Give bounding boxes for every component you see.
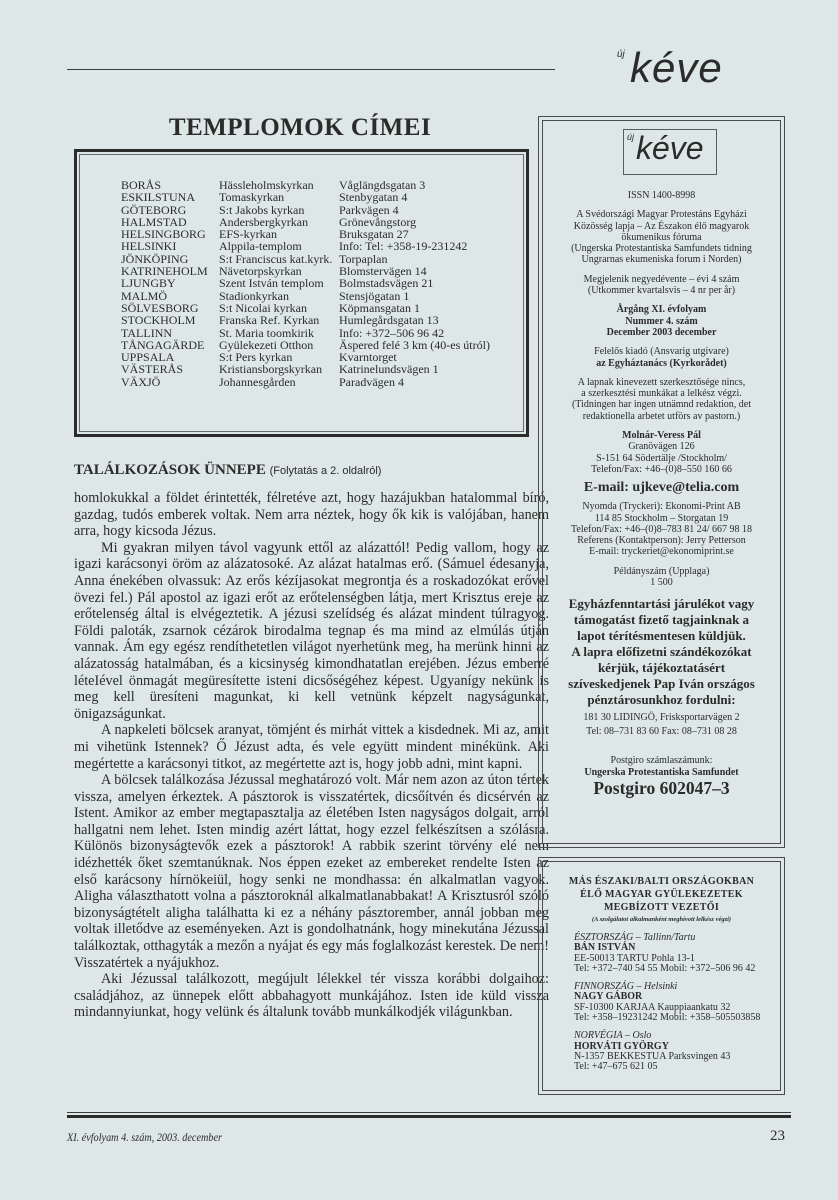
article-paragraph: A bölcsek találkozása Jézussal meghatáro… <box>74 772 549 971</box>
church-name: St. Maria toomkirik <box>219 327 339 339</box>
church-city: VÄSTERÅS <box>121 363 219 375</box>
editorial-line: redaktionella arbetet utförs av pastorn.… <box>545 411 778 422</box>
churches-table: BORÅSHässleholmskyrkanVåglängdsgatan 3ES… <box>121 179 490 388</box>
masthead-content: ISSN 1400-8998 A Svédországi Magyar Prot… <box>545 190 778 798</box>
article-paragraph: homlokukkal a földet érintették, félreté… <box>74 490 549 540</box>
notice-line: támogatást fizető tagjainknak a <box>545 612 778 628</box>
notice-line: Egyházfenntartási járulékot vagy <box>545 596 778 612</box>
contact-line: Granövägen 126 <box>545 441 778 452</box>
church-city: ESKILSTUNA <box>121 191 219 203</box>
church-address: Paradvägen 4 <box>339 376 490 388</box>
notice-line: pénztárosunkhoz fordulni: <box>545 692 778 708</box>
leader-item: NORVÉGIA – Oslo HORVÁTI GYÖRGY N-1357 BE… <box>574 1031 784 1072</box>
editorial-line: A lapnak kinevezett szerkesztősége nincs… <box>545 377 778 388</box>
churches-title: TEMPLOMOK CÍMEI <box>70 114 530 142</box>
church-name: Franska Ref. Kyrkan <box>219 314 339 326</box>
footer-issue: XI. évfolyam 4. szám, 2003. december <box>67 1130 222 1145</box>
leaders-title-line: MEGBÍZOTT VEZETŐI <box>545 901 778 914</box>
masthead-logo-main: kéve <box>636 130 704 167</box>
masthead-logo: új kéve <box>623 129 717 175</box>
church-address: Info: +372–506 96 42 <box>339 327 490 339</box>
leaders-note: (A szolgálatot alkalmanként meghívott le… <box>545 915 778 924</box>
publisher: az Egyháztanács (Kyrkorådet) <box>545 358 778 369</box>
church-city: VÄXJÖ <box>121 376 219 388</box>
church-address: Info: Tel: +358-19-231242 <box>339 240 490 252</box>
page-number: 23 <box>770 1128 785 1145</box>
description-line: ökumenikus fóruma <box>545 232 778 243</box>
header-rule <box>67 69 555 70</box>
leaders-title: MÁS ÉSZAKI/BALTI ORSZÁGOKBAN ÉLŐ MAGYAR … <box>545 875 778 914</box>
article-title: TALÁLKOZÁSOK ÜNNEPE <box>74 462 266 478</box>
header-logo: új kéve <box>610 44 790 94</box>
article-paragraph: Aki Jézussal találkozott, megújult lélek… <box>74 971 549 1021</box>
leader-phone: Tel: +47–675 621 05 <box>574 1062 784 1072</box>
leader-item: ÉSZTORSZÁG – Tallinn/Tartu BÁN ISTVÁN EE… <box>574 933 784 974</box>
footer-rule-thick <box>67 1115 791 1118</box>
church-row: ESKILSTUNATomaskyrkanStenbygatan 4 <box>121 191 490 203</box>
article-heading: TALÁLKOZÁSOK ÜNNEPE (Folytatás a 2. olda… <box>74 462 381 479</box>
issue-line: December 2003 december <box>545 327 778 338</box>
issue-line: Årgång XI. évfolyam <box>545 304 778 315</box>
article-paragraph: A napkeleti bölcsek aranyat, tömjént és … <box>74 722 549 772</box>
description-line: Ungrarnas ekumeniska forum i Norden) <box>545 254 778 265</box>
email-link[interactable]: E-mail: ujkeve@telia.com <box>545 479 778 497</box>
frequency-line: (Utkommer kvartalsvis – 4 nr per år) <box>545 285 778 296</box>
editorial-line: a szerkesztési munkákat a lelkész végzi. <box>545 388 778 399</box>
description-line: (Ungerska Protestantiska Samfundets tidn… <box>545 243 778 254</box>
editorial-line: (Tidningen har ingen utnämnd redaktion, … <box>545 399 778 410</box>
church-city: HELSINKI <box>121 240 219 252</box>
church-row: VÄSTERÅSKristiansborgskyrkanKatrinelunds… <box>121 363 490 375</box>
church-address: Katrinelundsvägen 1 <box>339 363 490 375</box>
leader-phone: Tel: +358–19231242 Mobil: +358–505503858 <box>574 1013 784 1023</box>
churches-box: BORÅSHässleholmskyrkanVåglängdsgatan 3ES… <box>74 149 529 437</box>
treasurer-line: Tel: 08–731 83 60 Fax: 08–731 08 28 <box>545 725 778 739</box>
printer-line: Telefon/Fax: +46–(0)8–783 81 24/ 667 98 … <box>545 524 778 535</box>
circulation-label: Példányszám (Upplaga) <box>545 566 778 577</box>
postgiro-number: Postgiro 602047–3 <box>545 778 778 798</box>
church-address: Humlegårdsgatan 13 <box>339 314 490 326</box>
leaders-title-line: ÉLŐ MAGYAR GYÜLEKEZETEK <box>545 888 778 901</box>
church-name: Tomaskyrkan <box>219 191 339 203</box>
church-address: Bolmstadsvägen 21 <box>339 277 490 289</box>
issue-line: Nummer 4. szám <box>545 316 778 327</box>
circulation: 1 500 <box>545 577 778 588</box>
church-name: Alppila-templom <box>219 240 339 252</box>
church-city: STOCKHOLM <box>121 314 219 326</box>
contact-line: Telefon/Fax: +46–(0)8–550 160 66 <box>545 464 778 475</box>
leaders-list: ÉSZTORSZÁG – Tallinn/Tartu BÁN ISTVÁN EE… <box>574 933 784 1081</box>
church-address: Stenbygatan 4 <box>339 191 490 203</box>
footer-rule-thin <box>67 1112 791 1113</box>
contact-line: S-151 64 Södertälje /Stockholm/ <box>545 453 778 464</box>
church-row: TÅNGAGÄRDEGyülekezeti OtthonÄspered felé… <box>121 339 490 351</box>
church-row: TALLINNSt. Maria toomkirikInfo: +372–506… <box>121 327 490 339</box>
notice-line: szíveskedjenek Pap Iván országos <box>545 676 778 692</box>
masthead-logo-small: új <box>627 132 634 142</box>
issn: ISSN 1400-8998 <box>545 190 778 201</box>
article-paragraph: Mi gyakran milyen távol vagyunk ettől az… <box>74 540 549 723</box>
church-row: VÄXJÖJohannesgårdenParadvägen 4 <box>121 376 490 388</box>
frequency-line: Megjelenik negyedévente – évi 4 szám <box>545 274 778 285</box>
logo-small-text: új <box>617 49 625 60</box>
notice-line: A lapra előfizetni szándékozókat <box>545 644 778 660</box>
church-row: STOCKHOLMFranska Ref. KyrkanHumlegårdsga… <box>121 314 490 326</box>
postgiro-org: Ungerska Protestantiska Samfundet <box>545 767 778 778</box>
church-row: LJUNGBYSzent István templomBolmstadsväge… <box>121 277 490 289</box>
church-city: TALLINN <box>121 327 219 339</box>
printer-line: Referens (Kontaktperson): Jerry Petterso… <box>545 535 778 546</box>
notice-line: kérjük, tájékoztatásért <box>545 660 778 676</box>
leader-item: FINNORSZÁG – Helsinki NAGY GÁBOR SF-1030… <box>574 982 784 1023</box>
printer-line: 114 85 Stockholm – Storgatan 19 <box>545 513 778 524</box>
notice-line: lapot térítésmentesen küldjük. <box>545 628 778 644</box>
treasurer-line: 181 30 LIDINGÖ, Frisksportarvägen 2 <box>545 711 778 725</box>
description-line: Közösség lapja – Az Északon élő magyarok <box>545 221 778 232</box>
article-subtitle: (Folytatás a 2. oldalról) <box>270 465 382 477</box>
description-line: A Svédországi Magyar Protestáns Egyházi <box>545 209 778 220</box>
church-name: Johannesgården <box>219 376 339 388</box>
printer-email[interactable]: E-mail: tryckeriet@ekonomiprint.se <box>545 546 778 557</box>
logo-main-text: kéve <box>630 44 723 92</box>
church-name: Szent István templom <box>219 277 339 289</box>
leader-phone: Tel: +372–740 54 55 Mobil: +372–506 96 4… <box>574 964 784 974</box>
church-row: HELSINKIAlppila-templomInfo: Tel: +358-1… <box>121 240 490 252</box>
leaders-title-line: MÁS ÉSZAKI/BALTI ORSZÁGOKBAN <box>545 875 778 888</box>
church-city: LJUNGBY <box>121 277 219 289</box>
article-body: homlokukkal a földet érintették, félreté… <box>74 490 549 1021</box>
postgiro-label: Postgiro számlaszámunk: <box>545 755 778 766</box>
contact-name: Molnár-Veress Pál <box>545 430 778 441</box>
printer-line: Nyomda (Tryckeri): Ekonomi-Print AB <box>545 501 778 512</box>
publisher-label: Felelős kiadó (Ansvarig utgivare) <box>545 346 778 357</box>
church-name: Kristiansborgskyrkan <box>219 363 339 375</box>
